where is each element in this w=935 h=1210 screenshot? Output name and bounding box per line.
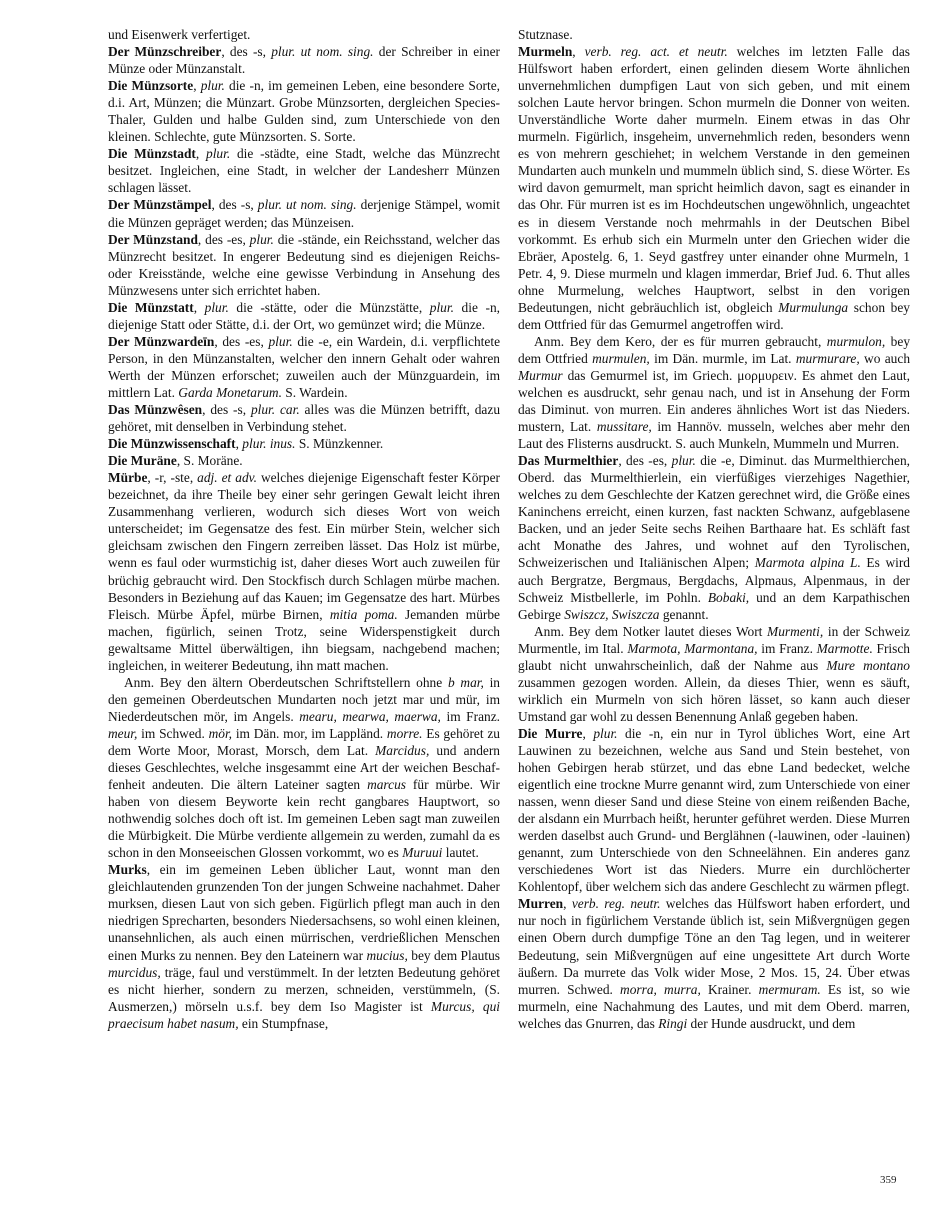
dictionary-entry: Das Murmelthier, des -es, plur. die -e, …: [518, 452, 910, 622]
continuation-text: Stutznase.: [518, 26, 910, 43]
italic-term: plur. ut nom. sing.: [271, 44, 373, 59]
headword: Die Münzstatt: [108, 300, 194, 315]
headword: Die Murre: [518, 726, 583, 741]
right-column: Stutznase.Murmeln, verb. reg. act. et ne…: [518, 26, 910, 1032]
italic-term: morra, murra,: [620, 982, 701, 997]
entry-text: ,: [194, 300, 205, 315]
italic-term: Ringi: [658, 1016, 687, 1031]
entry-text: , -r, -ste,: [147, 470, 197, 485]
headword: Mürbe: [108, 470, 147, 485]
entry-text: welches diejenige Eigenschaft fester Kör…: [108, 470, 500, 621]
italic-term: plur. inus.: [242, 436, 295, 451]
continuation-text: und Eisenwerk verfertiget.: [108, 26, 500, 43]
entry-text: Anm. Bey den ältern Oberdeutschen Schrif…: [124, 675, 448, 690]
headword: Die Münzwissenschaft: [108, 436, 236, 451]
entry-text: lautet.: [442, 845, 478, 860]
dictionary-entry: Der Münzstand, des -es, plur. die -ständ…: [108, 231, 500, 299]
entry-text: , S. Moräne.: [177, 453, 243, 468]
italic-term: Mure montano: [826, 658, 910, 673]
dictionary-entry: Die Münzsorte, plur. die -n, im gemeinen…: [108, 77, 500, 145]
italic-term: morre.: [387, 726, 423, 741]
italic-term: Murmenti,: [767, 624, 823, 639]
italic-term: mucius,: [367, 948, 408, 963]
italic-term: mussitare,: [597, 419, 652, 434]
entry-text: , des -es,: [618, 453, 671, 468]
italic-term: Marmota alpina L.: [755, 555, 861, 570]
italic-term: Garda Monetarum.: [178, 385, 282, 400]
entry-text: , des -s,: [202, 402, 251, 417]
entry-text: Anm. Bey dem Notker lautet dieses Wort: [534, 624, 767, 639]
entry-text: genannt.: [659, 607, 708, 622]
dictionary-entry: Murmeln, verb. reg. act. et neutr. welch…: [518, 43, 910, 333]
headword: Die Muräne: [108, 453, 177, 468]
headword: Murks: [108, 862, 147, 877]
entry-text: im Dän. mor, im Lappländ.: [232, 726, 387, 741]
dictionary-entry: Der Münzstämpel, des -s, plur. ut nom. s…: [108, 196, 500, 230]
italic-term: plur.: [205, 300, 229, 315]
italic-term: plur. car.: [251, 402, 300, 417]
dictionary-entry: Die Murre, plur. die -n, ein nur in Tyro…: [518, 725, 910, 895]
dictionary-entry: Mürbe, -r, -ste, adj. et adv. welches di…: [108, 469, 500, 674]
entry-text: , des -s,: [221, 44, 271, 59]
headword: Die Münzsorte: [108, 78, 193, 93]
entry-text: im Schwed.: [137, 726, 208, 741]
italic-term: plur.: [206, 146, 230, 161]
entry-text: , des -es,: [198, 232, 250, 247]
italic-term: Marcidus,: [375, 743, 429, 758]
entry-text: bey dem Plautus: [408, 948, 500, 963]
italic-term: Swiszcz, Swiszcza: [564, 607, 659, 622]
dictionary-entry: Murks, ein im gemeinen Leben üblicher La…: [108, 861, 500, 1031]
entry-text: S. Wardein.: [282, 385, 348, 400]
headword: Der Münzschreiber: [108, 44, 221, 59]
entry-text: Stutznase.: [518, 27, 573, 42]
italic-term: marcus: [367, 777, 406, 792]
italic-term: verb. reg. act. et neutr.: [585, 44, 728, 59]
entry-text: im Dän. murmle, im Lat.: [650, 351, 796, 366]
italic-term: adj. et adv.: [197, 470, 257, 485]
entry-text: der Hunde ausdruckt, und dem: [687, 1016, 855, 1031]
dictionary-entry: Die Münzstadt, plur. die -städte, eine S…: [108, 145, 500, 196]
italic-term: mör,: [209, 726, 232, 741]
italic-term: Bobaki,: [708, 590, 749, 605]
entry-text: zusammen gezogen worden. Allein, da dies…: [518, 675, 910, 724]
entry-text: ,: [193, 78, 200, 93]
italic-term: plur.: [672, 453, 696, 468]
italic-term: Murmur: [518, 368, 563, 383]
italic-term: plur.: [593, 726, 617, 741]
italic-term: mearu, mearwa, maerwa,: [299, 709, 441, 724]
dictionary-entry: Das Münzwêsen, des -s, plur. car. alles …: [108, 401, 500, 435]
entry-text: und Eisenwerk verfertiget.: [108, 27, 250, 42]
entry-text: ,: [563, 896, 572, 911]
italic-term: murmulen,: [592, 351, 650, 366]
headword: Die Münzstadt: [108, 146, 196, 161]
entry-text: , des -es,: [214, 334, 268, 349]
italic-term: mermuram.: [759, 982, 821, 997]
entry-text: im Franz.: [758, 641, 817, 656]
entry-text: die -n, ein nur in Tyrol übliches Wort, …: [518, 726, 910, 894]
italic-term: mitia poma.: [330, 607, 398, 622]
italic-term: verb. reg. neutr.: [572, 896, 661, 911]
italic-term: Muruui: [402, 845, 442, 860]
headword: Das Murmelthier: [518, 453, 618, 468]
entry-text: ein Stumpfnase,: [239, 1016, 329, 1031]
headword: Der Münzwardeīn: [108, 334, 214, 349]
italic-term: Marmotte.: [817, 641, 873, 656]
italic-term: plur.: [201, 78, 225, 93]
italic-term: plur.: [430, 300, 454, 315]
italic-term: meur,: [108, 726, 137, 741]
italic-term: b mar,: [448, 675, 484, 690]
entry-text: ,: [196, 146, 206, 161]
entry-text: ,: [583, 726, 594, 741]
italic-term: mur­cidus,: [108, 965, 161, 980]
entry-text: ,: [572, 44, 584, 59]
headword: Murmeln: [518, 44, 572, 59]
page-number: 359: [880, 1174, 897, 1186]
italic-term: murmulon,: [827, 334, 885, 349]
dictionary-entry: Der Münzschreiber, des -s, plur. ut nom.…: [108, 43, 500, 77]
entry-text: Anm. Bey dem Kero, der es für murren geb…: [534, 334, 827, 349]
italic-term: murmu­rare,: [796, 351, 860, 366]
entry-text: die -e, Diminut. das Murmel­thierchen, O…: [518, 453, 910, 570]
dictionary-entry: Der Münzwardeīn, des -es, plur. die -e, …: [108, 333, 500, 401]
entry-text: wo auch: [860, 351, 910, 366]
entry-text: im Franz.: [441, 709, 500, 724]
italic-term: plur.: [250, 232, 274, 247]
entry-text: Krainer.: [701, 982, 759, 997]
dictionary-entry: Die Muräne, S. Moräne.: [108, 452, 500, 469]
headword: Murren: [518, 896, 563, 911]
entry-text: S. Münzkenner.: [295, 436, 383, 451]
dictionary-entry: Murren, verb. reg. neutr. welches das Hü…: [518, 895, 910, 1031]
annotation-paragraph: Anm. Bey dem Kero, der es für murren geb…: [518, 333, 910, 452]
italic-term: plur. ut nom. sing.: [258, 197, 357, 212]
headword: Der Münzstämpel: [108, 197, 211, 212]
headword: Das Münzwêsen: [108, 402, 202, 417]
entry-text: welches im letzten Falle das Hülfswort h…: [518, 44, 910, 315]
italic-term: Murmulunga: [778, 300, 848, 315]
annotation-paragraph: Anm. Bey den ältern Oberdeutschen Schrif…: [108, 674, 500, 862]
italic-term: plur.: [268, 334, 292, 349]
annotation-paragraph: Anm. Bey dem Notker lautet dieses Wort M…: [518, 623, 910, 725]
italic-term: Marmota, Marmontana,: [627, 641, 757, 656]
dictionary-entry: Die Münzstatt, plur. die -stätte, oder d…: [108, 299, 500, 333]
headword: Der Münzstand: [108, 232, 198, 247]
entry-text: die -stätte, oder die Münzstätte,: [229, 300, 430, 315]
left-column: und Eisenwerk verfertiget.Der Münzschrei…: [108, 26, 500, 1032]
dictionary-entry: Die Münzwissenschaft, plur. inus. S. Mün…: [108, 435, 500, 452]
entry-text: , des -s,: [211, 197, 257, 212]
